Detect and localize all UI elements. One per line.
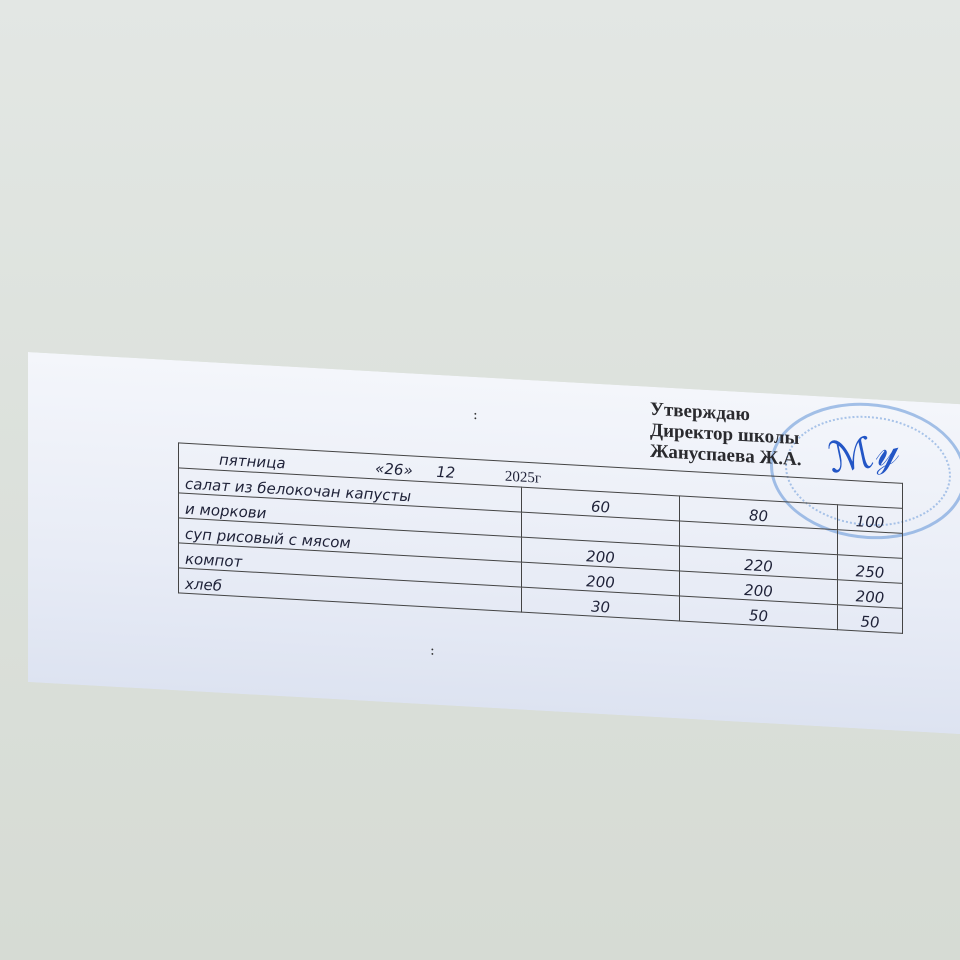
portion-3 (838, 530, 903, 559)
date-year: 2025г (505, 469, 541, 487)
mark: : (430, 642, 435, 658)
portion-3: 200 (838, 580, 903, 609)
mark: : (473, 407, 478, 423)
approval-block: Утверждаю Директор школы Жануспаева Ж.А. (650, 399, 802, 470)
day-label: пятница (219, 451, 286, 473)
paper-sheet: : Утверждаю Директор школы Жануспаева Ж.… (28, 352, 960, 736)
portion-3: 250 (838, 555, 903, 584)
portion-3: 50 (838, 605, 903, 634)
signature-icon: ℳ𝓎 (824, 424, 902, 484)
portion-3: 100 (838, 505, 903, 534)
date-day: «26» (375, 459, 413, 479)
date-month: 12 (436, 463, 455, 482)
